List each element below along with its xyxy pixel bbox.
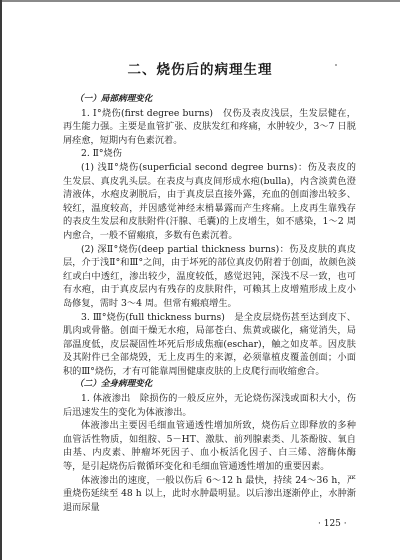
paragraph-fluid-exudation: 1. 体液渗出 除损伤的一般反应外，无论烧伤深浅或面积大小，伤后迅速发生的变化为… bbox=[63, 392, 356, 419]
chapter-section-title: 二、烧伤后的病理生理 bbox=[0, 58, 400, 78]
paragraph-superficial-second-degree: (1) 浅Ⅱ°烧伤(superficial second degree burn… bbox=[63, 161, 356, 243]
paragraph-exudation-speed: 体液渗出的速度，一般以伤后 6～12 h 最快，持续 24～36 h，严重烧伤延… bbox=[63, 474, 356, 515]
paragraph-third-degree: 3. Ⅲ°烧伤(full thickness burns) 是全皮层烧伤甚至达到… bbox=[63, 311, 356, 379]
paragraph-exudation-mechanism: 体液渗出主要因毛细血管通透性增加所致，烧伤后立即释放的多种血管活性物质，如组胺、… bbox=[63, 419, 356, 473]
book-page: 二、烧伤后的病理生理 （一）局部病理变化 1. Ⅰ°烧伤(first degre… bbox=[0, 0, 400, 560]
paragraph-first-degree: 1. Ⅰ°烧伤(first degree burns) 仅伤及表皮浅层，生发层健… bbox=[63, 107, 356, 148]
paragraph-second-degree-heading: 2. Ⅱ°烧伤 bbox=[63, 147, 356, 161]
section-heading-systemic: （二）全身病理变化 bbox=[63, 378, 356, 392]
scan-border-left bbox=[0, 0, 2, 560]
scan-border-top bbox=[0, 0, 400, 2]
paragraph-deep-second-degree: (2) 深Ⅱ°烧伤(deep partial thickness burns)：… bbox=[63, 243, 356, 311]
scan-speck bbox=[335, 64, 337, 66]
body-text: （一）局部病理变化 1. Ⅰ°烧伤(first degree burns) 仅伤… bbox=[63, 93, 356, 514]
section-heading-local: （一）局部病理变化 bbox=[63, 93, 356, 107]
page-number: · 125 · bbox=[318, 519, 347, 529]
